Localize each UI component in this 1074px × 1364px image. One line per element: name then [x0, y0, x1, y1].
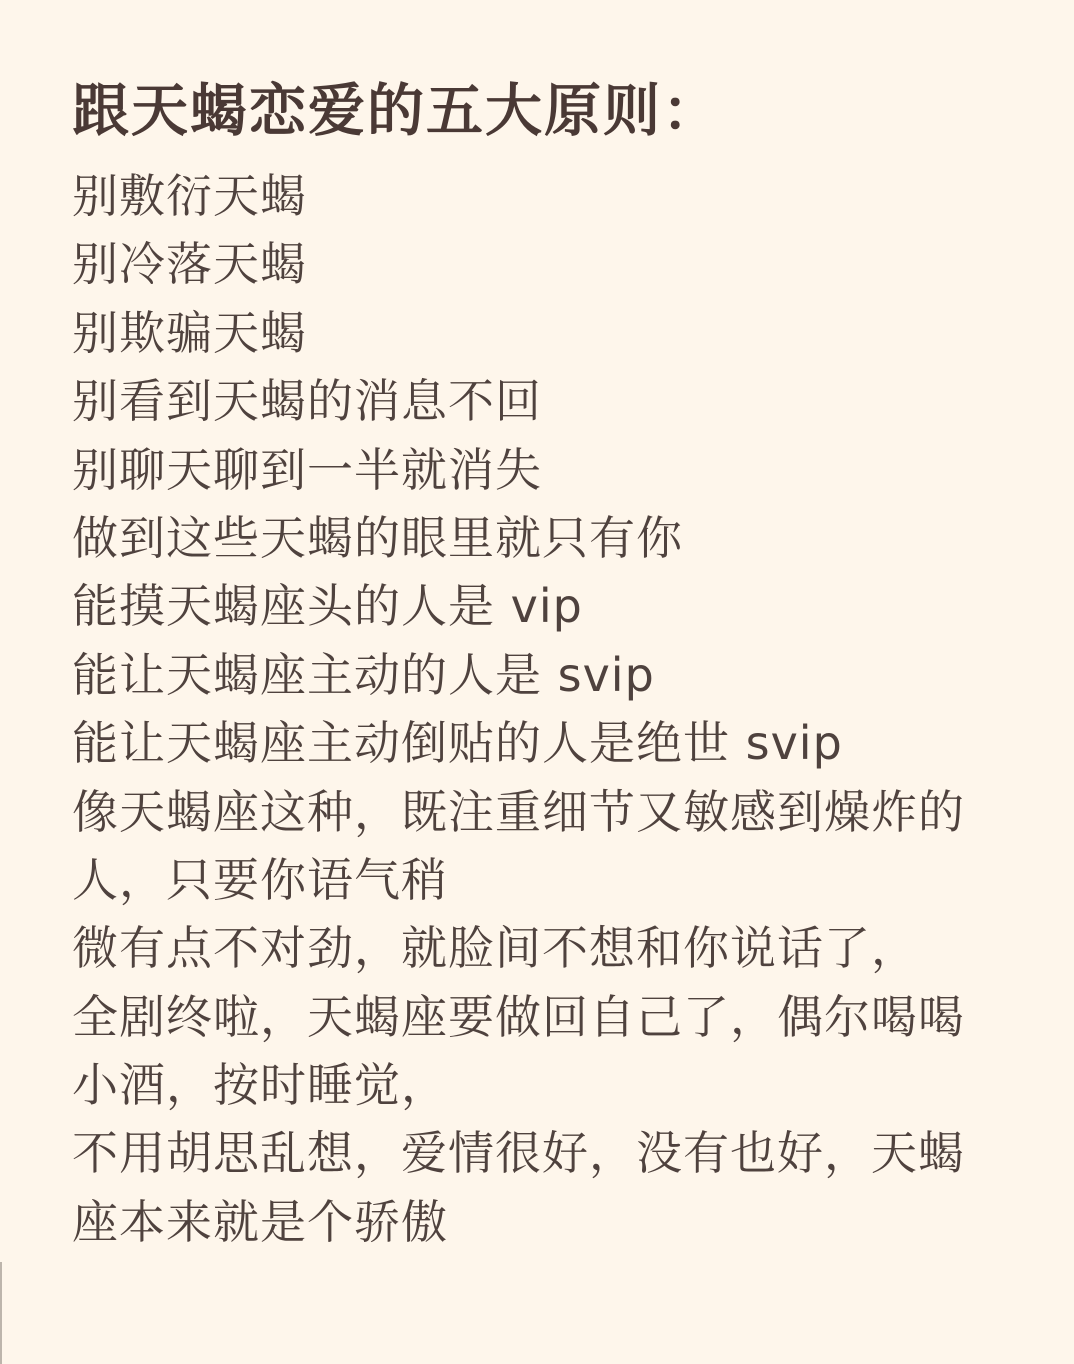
- text-line: 能让天蝎座主动倒贴的人是绝世 svip: [72, 709, 1012, 777]
- text-line: 小酒，按时睡觉，: [72, 1051, 1012, 1119]
- left-edge-divider: [0, 1262, 2, 1364]
- text-line: 能让天蝎座主动的人是 svip: [72, 641, 1012, 709]
- text-line: 别冷落天蝎: [72, 230, 1012, 298]
- text-lines: 别敷衍天蝎 别冷落天蝎 别欺骗天蝎 别看到天蝎的消息不回 别聊天聊到一半就消失 …: [72, 162, 1012, 1256]
- text-line: 全剧终啦，天蝎座要做回自己了，偶尔喝喝: [72, 983, 1012, 1051]
- text-line: 别欺骗天蝎: [72, 299, 1012, 367]
- text-line: 人，只要你语气稍: [72, 846, 1012, 914]
- text-line: 别看到天蝎的消息不回: [72, 367, 1012, 435]
- text-line: 别敷衍天蝎: [72, 162, 1012, 230]
- text-line: 能摸天蝎座头的人是 vip: [72, 572, 1012, 640]
- text-line: 像天蝎座这种，既注重细节又敏感到燥炸的: [72, 778, 1012, 846]
- text-line: 微有点不对劲，就脸间不想和你说话了，: [72, 914, 1012, 982]
- page-title: 跟天蝎恋爱的五大原则：: [72, 74, 1012, 148]
- text-line: 别聊天聊到一半就消失: [72, 436, 1012, 504]
- text-line: 不用胡思乱想，爱情很好，没有也好，天蝎: [72, 1119, 1012, 1187]
- text-line: 做到这些天蝎的眼里就只有你: [72, 504, 1012, 572]
- document-page: 跟天蝎恋爱的五大原则： 别敷衍天蝎 别冷落天蝎 别欺骗天蝎 别看到天蝎的消息不回…: [72, 74, 1012, 1256]
- text-line: 座本来就是个骄傲: [72, 1188, 1012, 1256]
